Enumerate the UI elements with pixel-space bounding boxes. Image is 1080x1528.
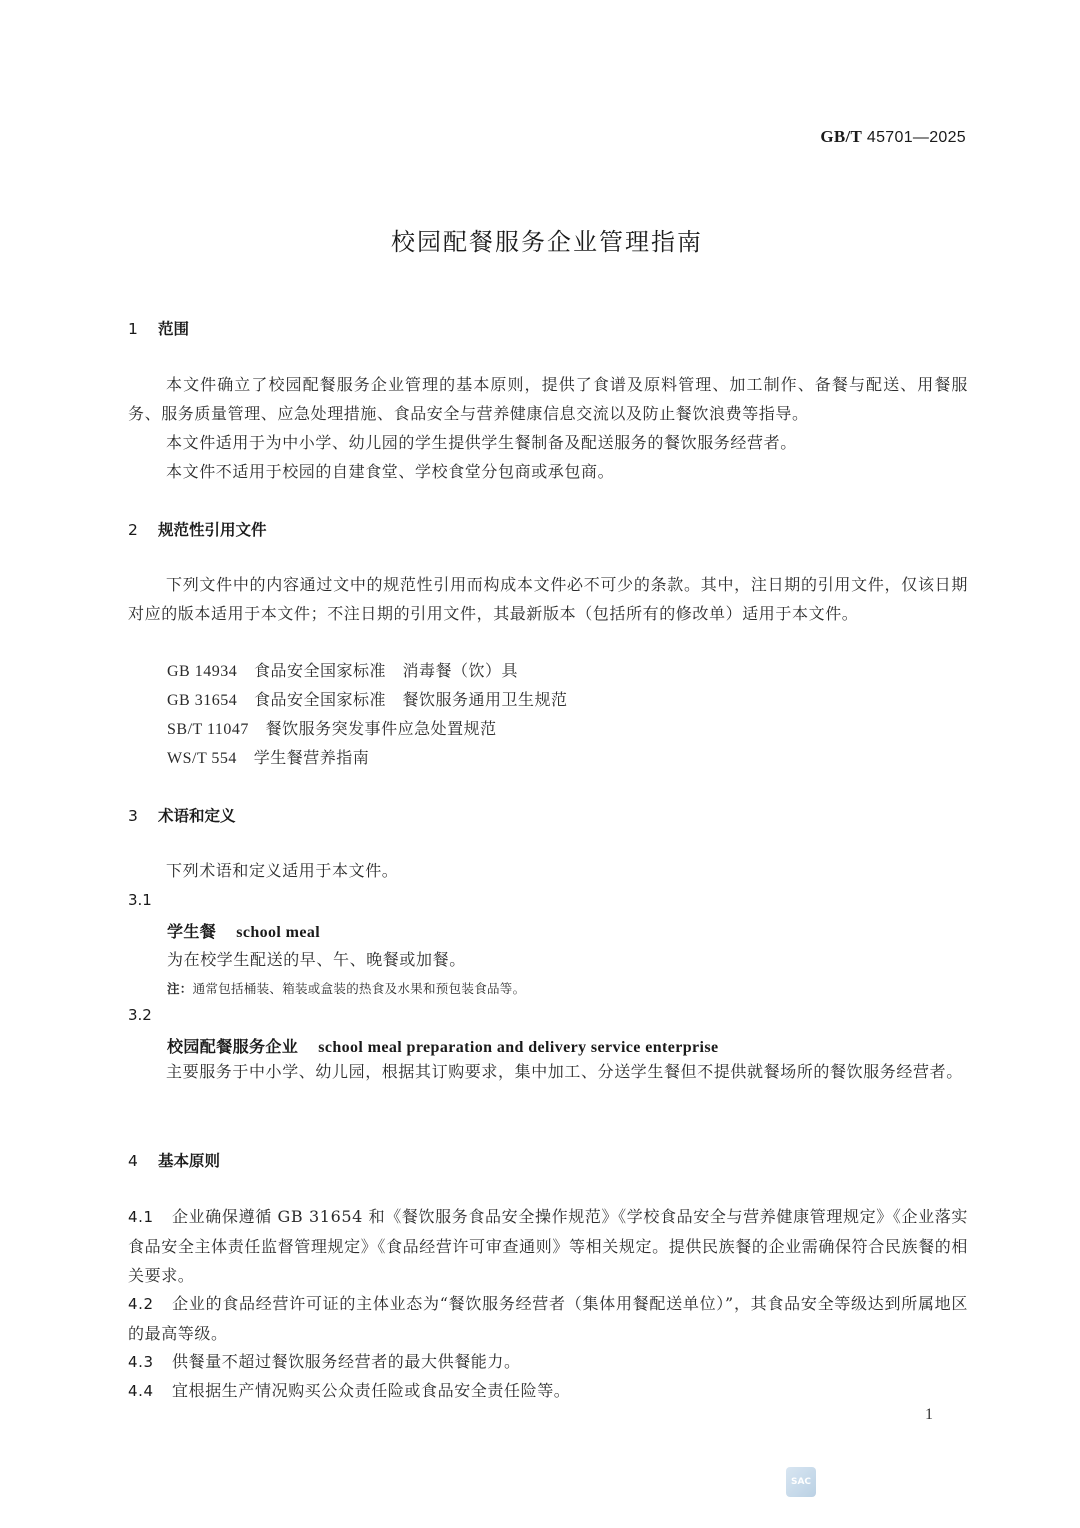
document-title: 校园配餐服务企业管理指南 — [0, 222, 1080, 257]
reference-item: GB 14934 食品安全国家标准 消毒餐（饮）具 — [167, 656, 518, 686]
reference-item: WS/T 554 学生餐营养指南 — [167, 743, 369, 773]
reference-title: 食品安全国家标准 消毒餐（饮）具 — [254, 661, 518, 680]
page-number: 1 — [925, 1406, 933, 1424]
reference-code: WS/T 554 — [167, 750, 237, 767]
clause-number: 4.3 — [128, 1348, 172, 1377]
term-heading: 校园配餐服务企业school meal preparation and deli… — [167, 1034, 719, 1057]
term-chinese: 校园配餐服务企业 — [167, 1037, 298, 1056]
standard-prefix: GB/T — [820, 127, 862, 146]
term-definition: 主要服务于中小学、幼儿园，根据其订购要求，集中加工、分送学生餐但不提供就餐场所的… — [128, 1057, 968, 1086]
section-title: 基本原则 — [158, 1152, 220, 1170]
section-heading-terms-definitions: 3术语和定义 — [128, 804, 236, 826]
note-label: 注： — [167, 981, 193, 996]
term-chinese: 学生餐 — [167, 922, 216, 941]
clause-4-1: 4.1企业确保遵循 GB 31654 和《餐饮服务食品安全操作规范》《学校食品安… — [128, 1202, 968, 1290]
section-number: 1 — [128, 320, 158, 338]
term-heading: 学生餐school meal — [167, 919, 320, 942]
clause-4-4: 4.4宜根据生产情况购买公众责任险或食品安全责任险等。 — [128, 1376, 968, 1406]
clause-text: 宜根据生产情况购买公众责任险或食品安全责任险等。 — [172, 1381, 570, 1400]
section-heading-basic-principles: 4基本原则 — [128, 1149, 220, 1171]
clause-number: 4.2 — [128, 1290, 172, 1319]
scope-paragraph-2: 本文件适用于为中小学、幼儿园的学生提供学生餐制备及配送服务的餐饮服务经营者。 — [128, 428, 968, 457]
reference-item: SB/T 11047 餐饮服务突发事件应急处置规范 — [167, 714, 497, 744]
clause-text: 供餐量不超过餐饮服务经营者的最大供餐能力。 — [172, 1352, 521, 1371]
section-number: 3 — [128, 807, 158, 825]
reference-code: GB 31654 — [167, 692, 237, 709]
scope-paragraph-3: 本文件不适用于校园的自建食堂、学校食堂分包商或承包商。 — [128, 457, 968, 486]
reference-title: 食品安全国家标准 餐饮服务通用卫生规范 — [254, 690, 568, 709]
section-heading-normative-references: 2规范性引用文件 — [128, 518, 267, 540]
term-note: 注：通常包括桶装、箱装或盒装的热食及水果和预包装食品等。 — [167, 979, 525, 997]
reference-code: GB 14934 — [167, 663, 237, 680]
term-number: 3.1 — [128, 891, 152, 909]
clause-text: 企业确保遵循 GB 31654 和《餐饮服务食品安全操作规范》《学校食品安全与营… — [128, 1207, 968, 1285]
term-english: school meal — [236, 924, 320, 941]
scope-paragraph-1: 本文件确立了校园配餐服务企业管理的基本原则，提供了食谱及原料管理、加工制作、备餐… — [128, 370, 968, 428]
note-text: 通常包括桶装、箱装或盒装的热食及水果和预包装食品等。 — [193, 981, 526, 996]
section-heading-scope: 1范围 — [128, 317, 189, 339]
clause-4-2: 4.2企业的食品经营许可证的主体业态为“餐饮服务经营者（集体用餐配送单位）”，其… — [128, 1289, 968, 1348]
term-english: school meal preparation and delivery ser… — [318, 1039, 718, 1056]
standard-number: GB/T 45701—2025 — [780, 127, 966, 147]
reference-title: 学生餐营养指南 — [254, 748, 370, 767]
term-number: 3.2 — [128, 1006, 152, 1024]
term-definition: 为在校学生配送的早、午、晚餐或加餐。 — [167, 947, 466, 970]
reference-code: SB/T 11047 — [167, 721, 249, 738]
section-title: 术语和定义 — [158, 807, 236, 825]
section-number: 2 — [128, 521, 158, 539]
reference-item: GB 31654 食品安全国家标准 餐饮服务通用卫生规范 — [167, 685, 568, 715]
clause-number: 4.4 — [128, 1377, 172, 1406]
terms-intro: 下列术语和定义适用于本文件。 — [128, 856, 968, 885]
clause-4-3: 4.3供餐量不超过餐饮服务经营者的最大供餐能力。 — [128, 1347, 968, 1377]
references-intro: 下列文件中的内容通过文中的规范性引用而构成本文件必不可少的条款。其中，注日期的引… — [128, 570, 968, 628]
reference-title: 餐饮服务突发事件应急处置规范 — [266, 719, 497, 738]
sac-logo-icon: SAC — [786, 1467, 816, 1497]
section-number: 4 — [128, 1152, 158, 1170]
section-title: 规范性引用文件 — [158, 521, 267, 539]
clause-text: 企业的食品经营许可证的主体业态为“餐饮服务经营者（集体用餐配送单位）”，其食品安… — [128, 1294, 968, 1343]
standard-code: 45701—2025 — [867, 129, 966, 146]
clause-number: 4.1 — [128, 1203, 172, 1232]
section-title: 范围 — [158, 320, 189, 338]
